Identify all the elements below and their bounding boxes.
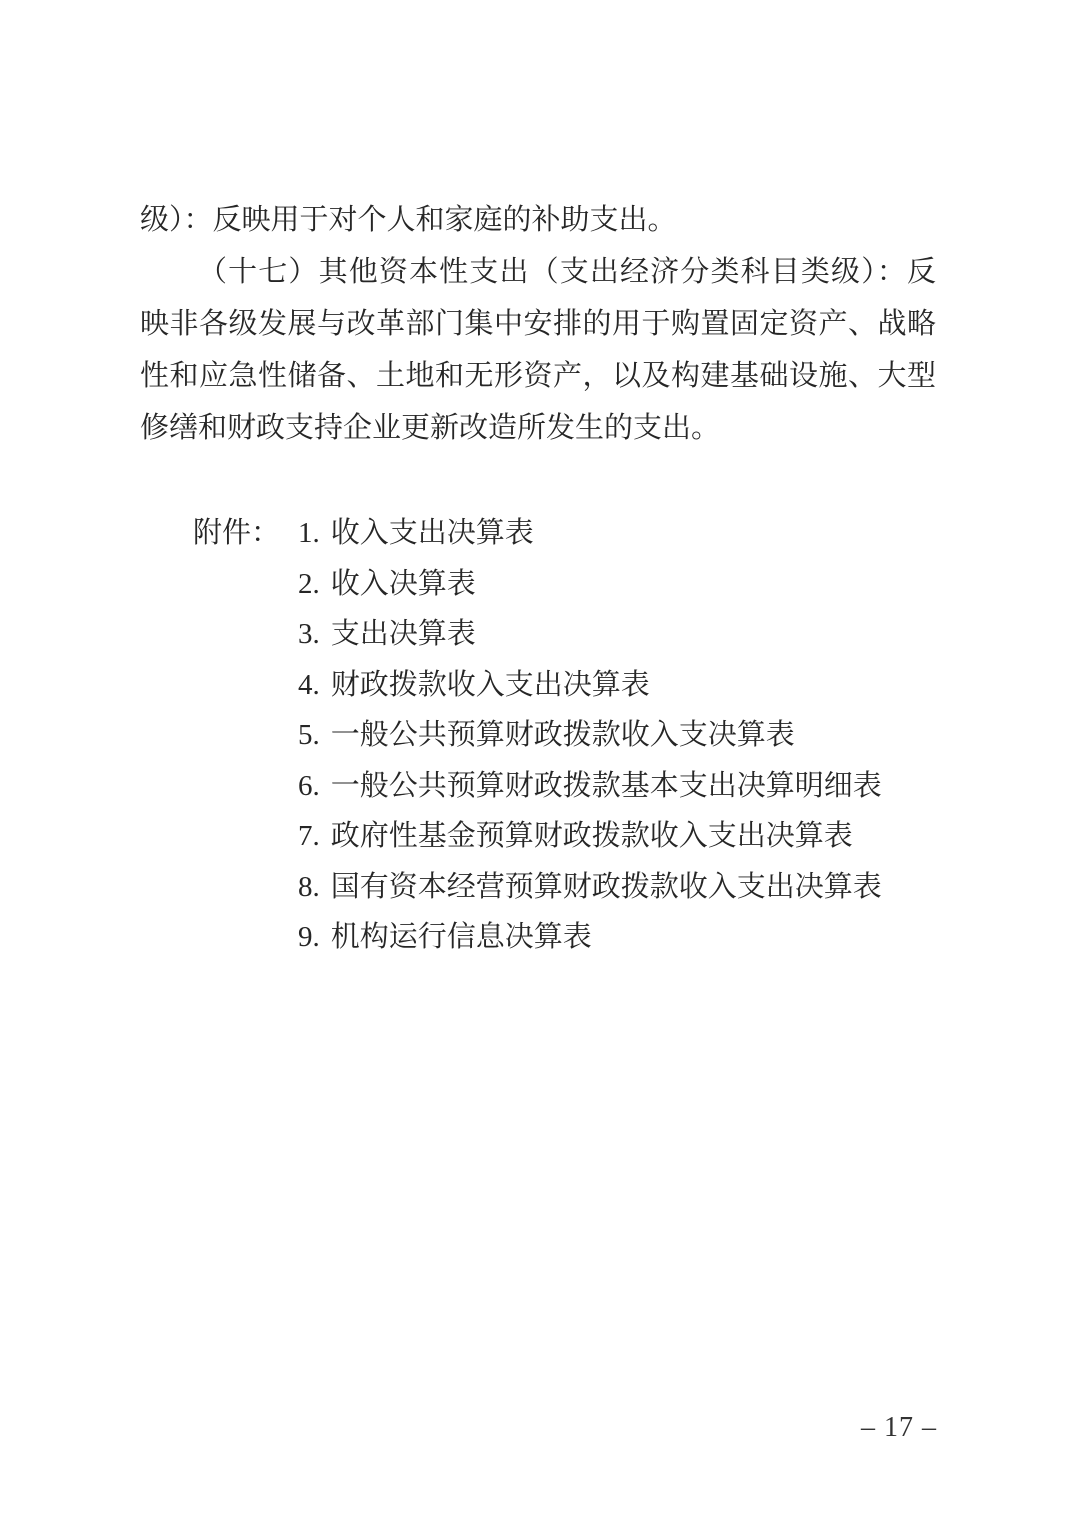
attachment-item: 2. 收入决算表 <box>193 559 882 610</box>
page-number: – 17 – <box>861 1412 937 1444</box>
attachment-title: 收入决算表 <box>331 559 476 610</box>
attachment-item: 附件： 1. 收入支出决算表 <box>193 508 882 559</box>
attachment-title: 支出决算表 <box>331 609 476 660</box>
body-line-continuation: 级）：反映用于对个人和家庭的补助支出。 <box>140 194 936 246</box>
attachment-item: 9. 机构运行信息决算表 <box>193 912 882 963</box>
attachment-title: 政府性基金预算财政拨款收入支出决算表 <box>331 811 853 862</box>
attachment-number: 4. <box>298 660 320 711</box>
attachment-title: 一般公共预算财政拨款收入支决算表 <box>331 710 795 761</box>
attachment-number: 3. <box>298 609 320 660</box>
attachments-list: 附件： 1. 收入支出决算表 2. 收入决算表 3. 支出决算表 4. 财政拨款… <box>193 508 882 963</box>
body-line: 性和应急性储备、土地和无形资产，以及构建基础设施、大型 <box>140 350 936 402</box>
attachment-number: 1. <box>298 508 320 559</box>
attachment-item: 4. 财政拨款收入支出决算表 <box>193 660 882 711</box>
attachment-number: 9. <box>298 912 320 963</box>
attachment-title: 财政拨款收入支出决算表 <box>331 660 650 711</box>
body-paragraphs: 级）：反映用于对个人和家庭的补助支出。 （十七）其他资本性支出（支出经济分类科目… <box>140 194 936 454</box>
attachment-number: 7. <box>298 811 320 862</box>
attachment-title: 一般公共预算财政拨款基本支出决算明细表 <box>331 761 882 812</box>
attachment-item: 3. 支出决算表 <box>193 609 882 660</box>
attachment-number: 5. <box>298 710 320 761</box>
document-page: 级）：反映用于对个人和家庭的补助支出。 （十七）其他资本性支出（支出经济分类科目… <box>0 0 1075 1520</box>
body-line: 映非各级发展与改革部门集中安排的用于购置固定资产、战略 <box>140 298 936 350</box>
attachment-number: 2. <box>298 559 320 610</box>
attachment-title: 收入支出决算表 <box>331 508 534 559</box>
attachment-number: 6. <box>298 761 320 812</box>
attachment-item: 8. 国有资本经营预算财政拨款收入支出决算表 <box>193 862 882 913</box>
attachments-label: 附件： <box>193 508 298 559</box>
attachment-title: 国有资本经营预算财政拨款收入支出决算表 <box>331 862 882 913</box>
body-line: 修缮和财政支持企业更新改造所发生的支出。 <box>140 402 936 454</box>
attachment-item: 7. 政府性基金预算财政拨款收入支出决算表 <box>193 811 882 862</box>
attachment-title: 机构运行信息决算表 <box>331 912 592 963</box>
attachment-number: 8. <box>298 862 320 913</box>
body-line-item-17-start: （十七）其他资本性支出（支出经济分类科目类级）：反 <box>140 246 936 298</box>
attachment-item: 5. 一般公共预算财政拨款收入支决算表 <box>193 710 882 761</box>
attachment-item: 6. 一般公共预算财政拨款基本支出决算明细表 <box>193 761 882 812</box>
